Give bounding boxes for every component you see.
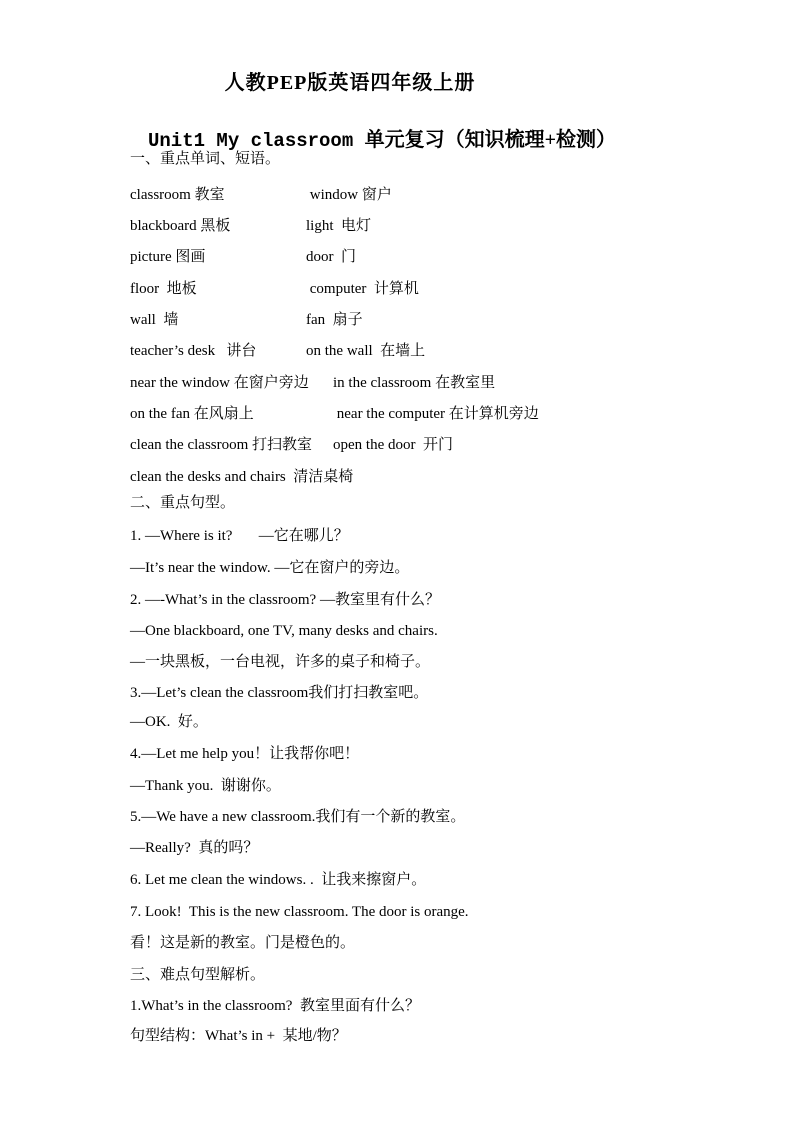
vocab-term-right: on the wall 在墙上	[306, 339, 425, 360]
vocab-row: blackboard 黑板 light 电灯	[130, 214, 690, 234]
sentence-line: 1. —Where is it? —它在哪儿？	[130, 527, 349, 546]
sentence-line: 5.—We have a new classroom.我们有一个新的教室。	[130, 808, 465, 827]
vocab-term-left: teacher’s desk 讲台	[130, 339, 256, 360]
sentence-line: 2. —-What’s in the classroom? —教室里有什么？	[130, 591, 440, 610]
vocab-term-right: light 电灯	[306, 214, 371, 235]
vocab-term-right: window 窗户	[306, 183, 392, 204]
vocab-term-right: computer 计算机	[306, 277, 419, 298]
vocab-row: on the fan 在风扇上 near the computer 在计算机旁边	[130, 402, 690, 422]
vocab-term-right: open the door 开门	[333, 433, 453, 454]
sentence-line: 句型结构：What’s in + 某地/物？	[130, 1027, 347, 1046]
doc-title-line2-chinese: 单元复习（知识梳理+检测）	[365, 129, 616, 151]
vocab-term-left: clean the desks and chairs 清洁桌椅	[130, 465, 353, 486]
vocab-row: wall 墙 fan 扇子	[130, 308, 690, 328]
sentence-line: 1.What’s in the classroom? 教室里面有什么？	[130, 997, 420, 1016]
vocab-term-left: classroom 教室	[130, 183, 225, 204]
vocab-row: near the window 在窗户旁边 in the classroom 在…	[130, 371, 690, 391]
sentence-line: 7. Look! This is the new classroom. The …	[130, 903, 469, 922]
sentence-line: —It’s near the window. —它在窗户的旁边。	[130, 559, 409, 578]
doc-title-line2-english: Unit1 My classroom	[148, 130, 365, 152]
vocab-term-left: near the window 在窗户旁边	[130, 371, 309, 392]
section1-heading: 一、重点单词、短语。	[130, 150, 280, 169]
sentence-line: —Really? 真的吗？	[130, 839, 258, 858]
vocab-term-left: blackboard 黑板	[130, 214, 230, 235]
vocab-row: classroom 教室 window 窗户	[130, 183, 690, 203]
vocab-term-right: in the classroom 在教室里	[333, 371, 495, 392]
sentence-line: —One blackboard, one TV, many desks and …	[130, 622, 438, 641]
sentence-line: 3.—Let’s clean the classroom我们打扫教室吧。	[130, 684, 428, 703]
vocab-term-left: clean the classroom 打扫教室	[130, 433, 312, 454]
vocab-term-right: door 门	[306, 245, 356, 266]
vocab-row: floor 地板 computer 计算机	[130, 277, 690, 297]
vocab-term-left: on the fan 在风扇上	[130, 402, 254, 423]
sentence-line: —OK. 好。	[130, 713, 208, 732]
vocab-term-right: fan 扇子	[306, 308, 363, 329]
sentence-line: 6. Let me clean the windows. . 让我来擦窗户。	[130, 871, 426, 890]
document-page: 人教PEP版英语四年级上册 Unit1 My classroom 单元复习（知识…	[0, 0, 794, 1123]
vocab-row: clean the desks and chairs 清洁桌椅	[130, 465, 690, 485]
sentence-line: —一块黑板，一台电视，许多的桌子和椅子。	[130, 653, 430, 672]
vocab-row: clean the classroom 打扫教室 open the door 开…	[130, 433, 690, 453]
vocab-row: teacher’s desk 讲台 on the wall 在墙上	[130, 339, 690, 359]
sentence-line: 看！这是新的教室。门是橙色的。	[130, 934, 355, 953]
vocab-row: picture 图画 door 门	[130, 245, 690, 265]
vocab-term-left: floor 地板	[130, 277, 197, 298]
section3-heading: 三、难点句型解析。	[130, 966, 265, 985]
vocab-term-left: picture 图画	[130, 245, 205, 266]
vocab-term-left: wall 墙	[130, 308, 178, 329]
doc-title-line1: 人教PEP版英语四年级上册	[0, 66, 700, 95]
sentence-line: —Thank you. 谢谢你。	[130, 777, 281, 796]
sentence-line: 4.—Let me help you！让我帮你吧！	[130, 745, 359, 764]
section2-heading: 二、重点句型。	[130, 494, 235, 513]
vocab-term-right: near the computer 在计算机旁边	[333, 402, 539, 423]
